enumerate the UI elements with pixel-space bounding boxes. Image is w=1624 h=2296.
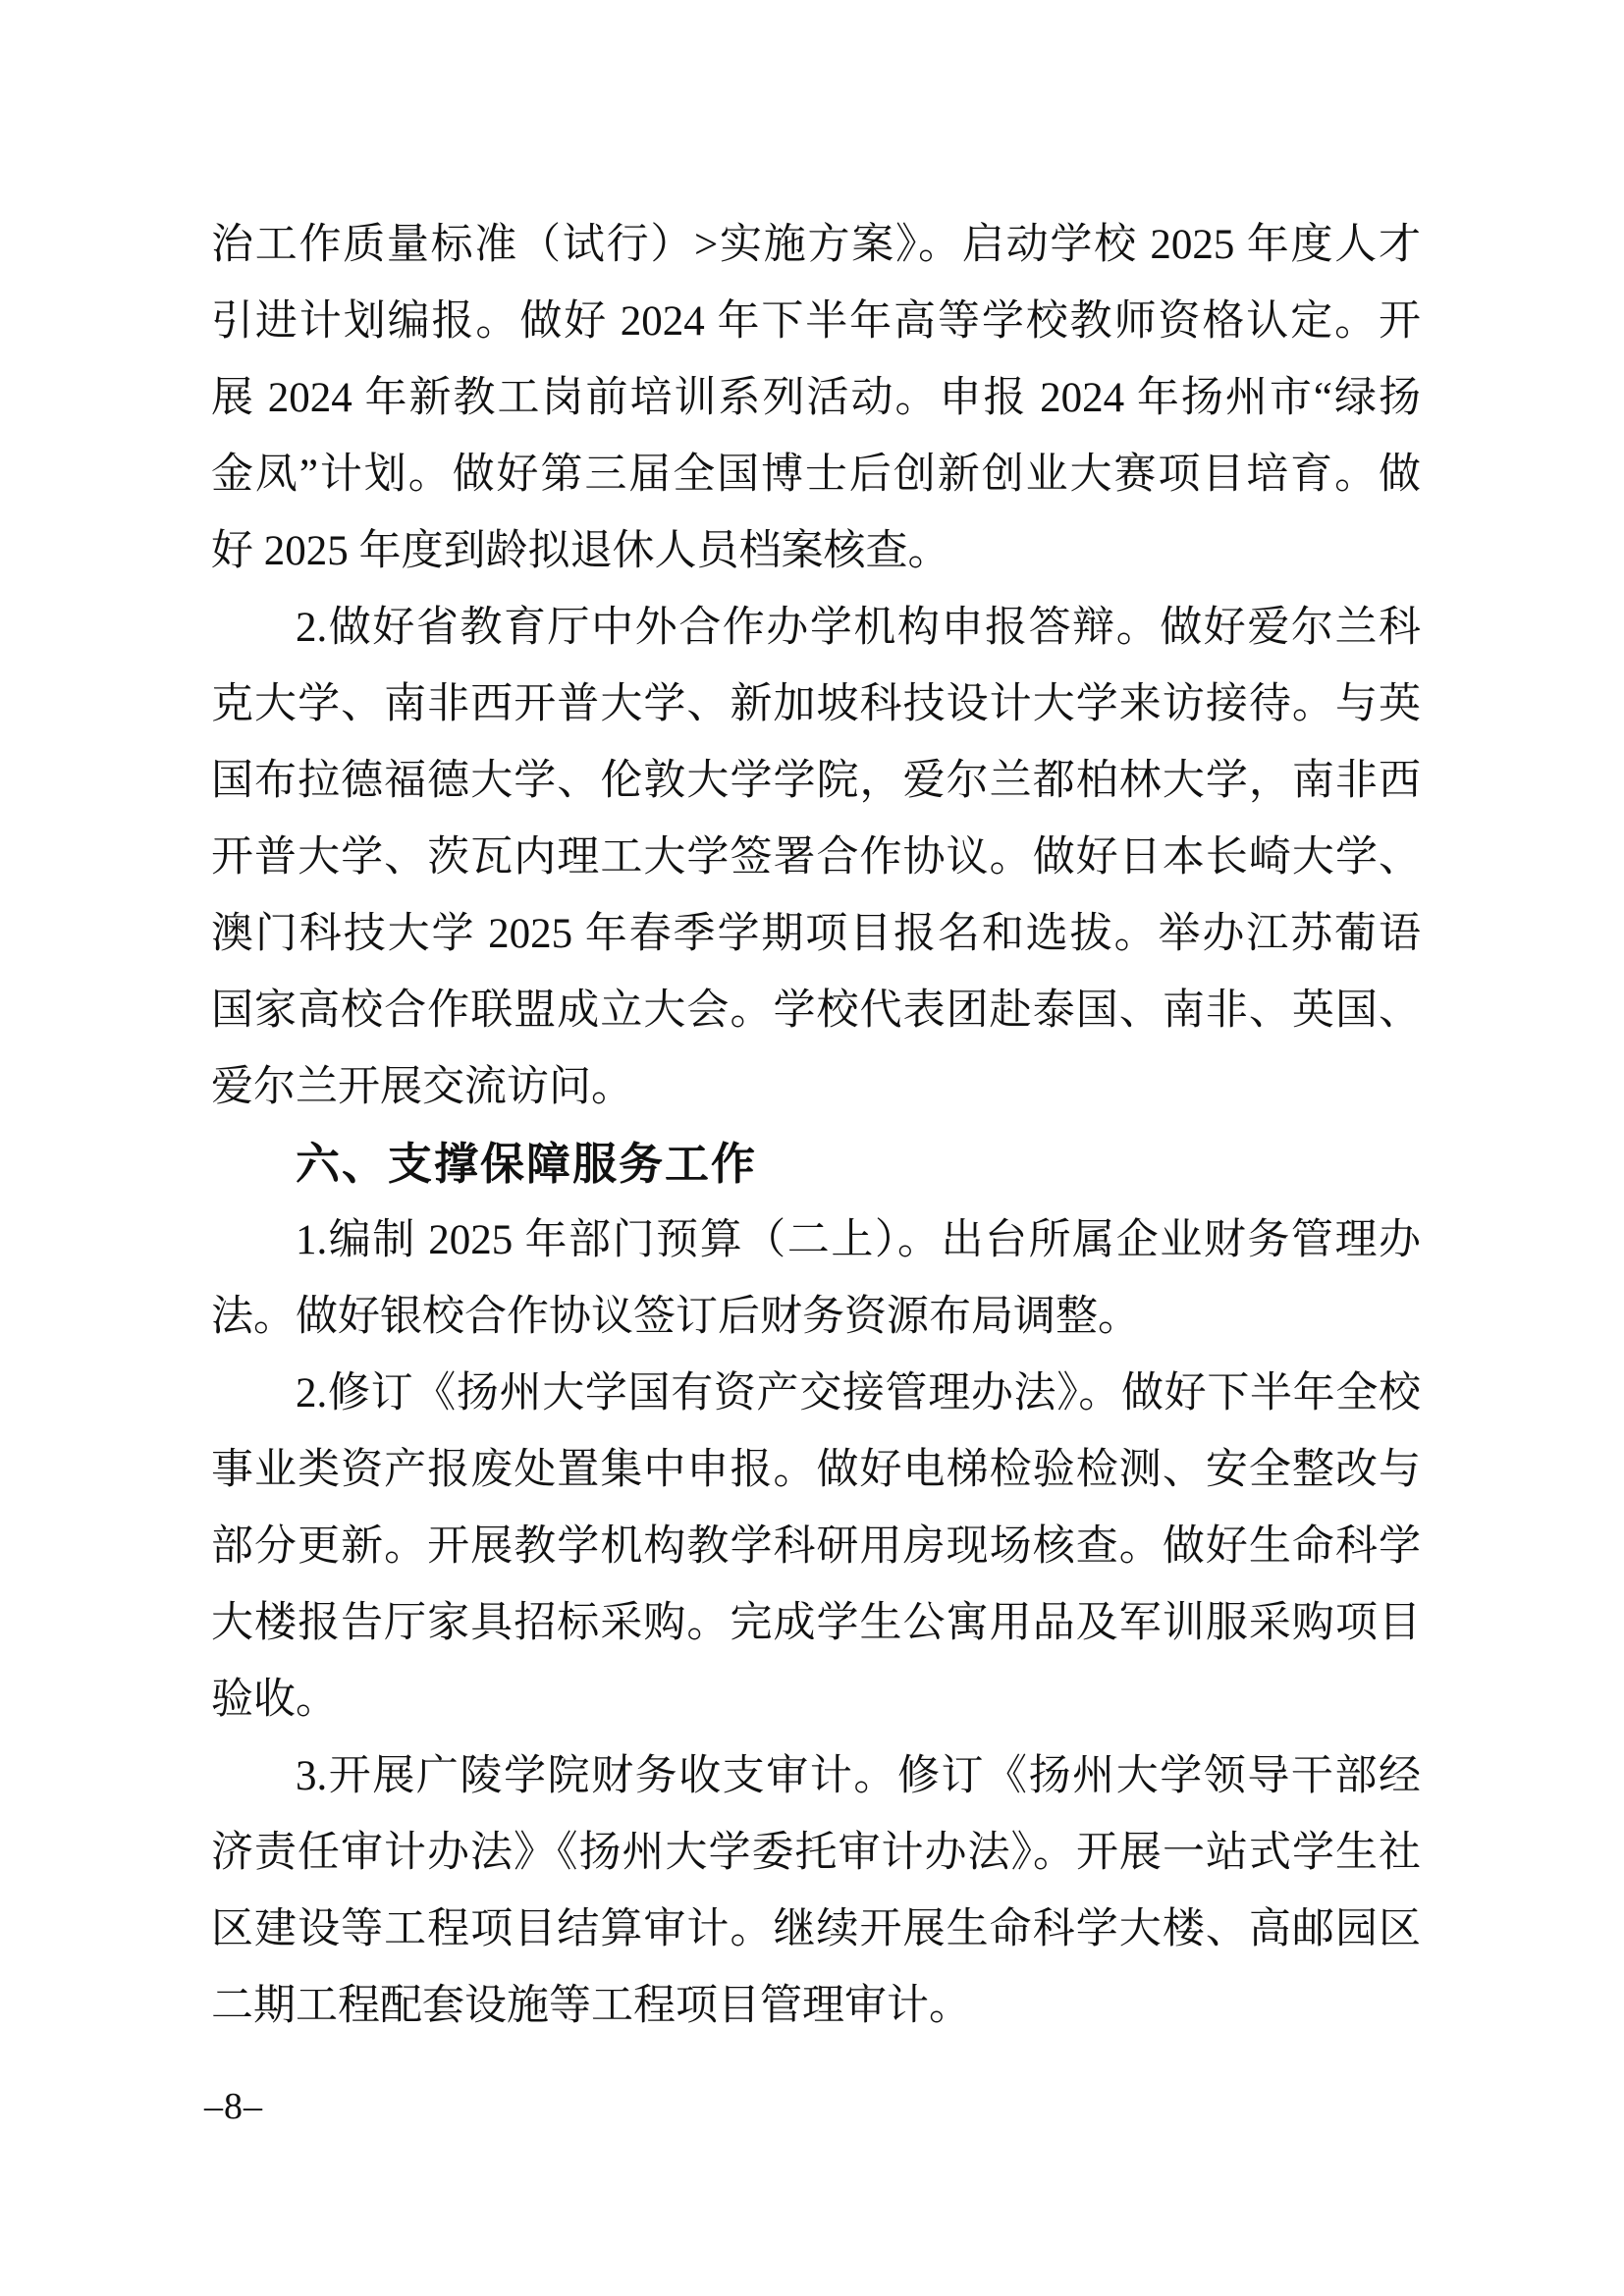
text-line: 3.开展广陵学院财务收支审计。修订《扬州大学领导干部经 [211,1738,1421,1815]
text-line: 济责任审计办法》《扬州大学委托审计办法》。开展一站式学生社 [211,1815,1421,1892]
text-line: 国布拉德福德大学、伦敦大学学院，爱尔兰都柏林大学，南非西 [211,743,1421,820]
text-line: 部分更新。开展教学机构教学科研用房现场核查。做好生命科学 [211,1509,1421,1585]
text-line: 引进计划编报。做好 2024 年下半年高等学校教师资格认定。开 [211,284,1421,360]
text-line: 法。做好银校合作协议签订后财务资源布局调整。 [211,1279,1421,1356]
text-line: 展 2024 年新教工岗前培训系列活动。申报 2024 年扬州市“绿扬 [211,360,1421,437]
text-line: 金凤”计划。做好第三届全国博士后创新创业大赛项目培育。做 [211,437,1421,513]
text-line: 1.编制 2025 年部门预算（二上）。出台所属企业财务管理办 [211,1202,1421,1279]
text-line: 国家高校合作联盟成立大会。学校代表团赴泰国、南非、英国、 [211,973,1421,1049]
text-line: 验收。 [211,1662,1421,1738]
text-line: 事业类资产报废处置集中申报。做好电梯检验检测、安全整改与 [211,1432,1421,1509]
text-line: 区建设等工程项目结算审计。继续开展生命科学大楼、高邮园区 [211,1892,1421,1968]
text-line: 大楼报告厅家具招标采购。完成学生公寓用品及军训服采购项目 [211,1585,1421,1662]
text-line: 爱尔兰开展交流访问。 [211,1049,1421,1126]
page-number: –8– [204,2079,263,2134]
section-heading: 六、支撑保障服务工作 [211,1126,1421,1202]
text-line: 治工作质量标准（试行）>实施方案》。启动学校 2025 年度人才 [211,207,1421,284]
text-line: 好 2025 年度到龄拟退休人员档案核查。 [211,513,1421,590]
text-line: 开普大学、茨瓦内理工大学签署合作协议。做好日本长崎大学、 [211,820,1421,896]
text-line: 2.做好省教育厅中外合作办学机构申报答辩。做好爱尔兰科 [211,590,1421,667]
text-line: 克大学、南非西开普大学、新加坡科技设计大学来访接待。与英 [211,667,1421,743]
text-line: 澳门科技大学 2025 年春季学期项目报名和选拔。举办江苏葡语 [211,896,1421,973]
document-text-block: 治工作质量标准（试行）>实施方案》。启动学校 2025 年度人才 引进计划编报。… [211,207,1421,2045]
document-page: 治工作质量标准（试行）>实施方案》。启动学校 2025 年度人才 引进计划编报。… [0,0,1624,2296]
text-line: 二期工程配套设施等工程项目管理审计。 [211,1968,1421,2045]
text-line: 2.修订《扬州大学国有资产交接管理办法》。做好下半年全校 [211,1356,1421,1432]
